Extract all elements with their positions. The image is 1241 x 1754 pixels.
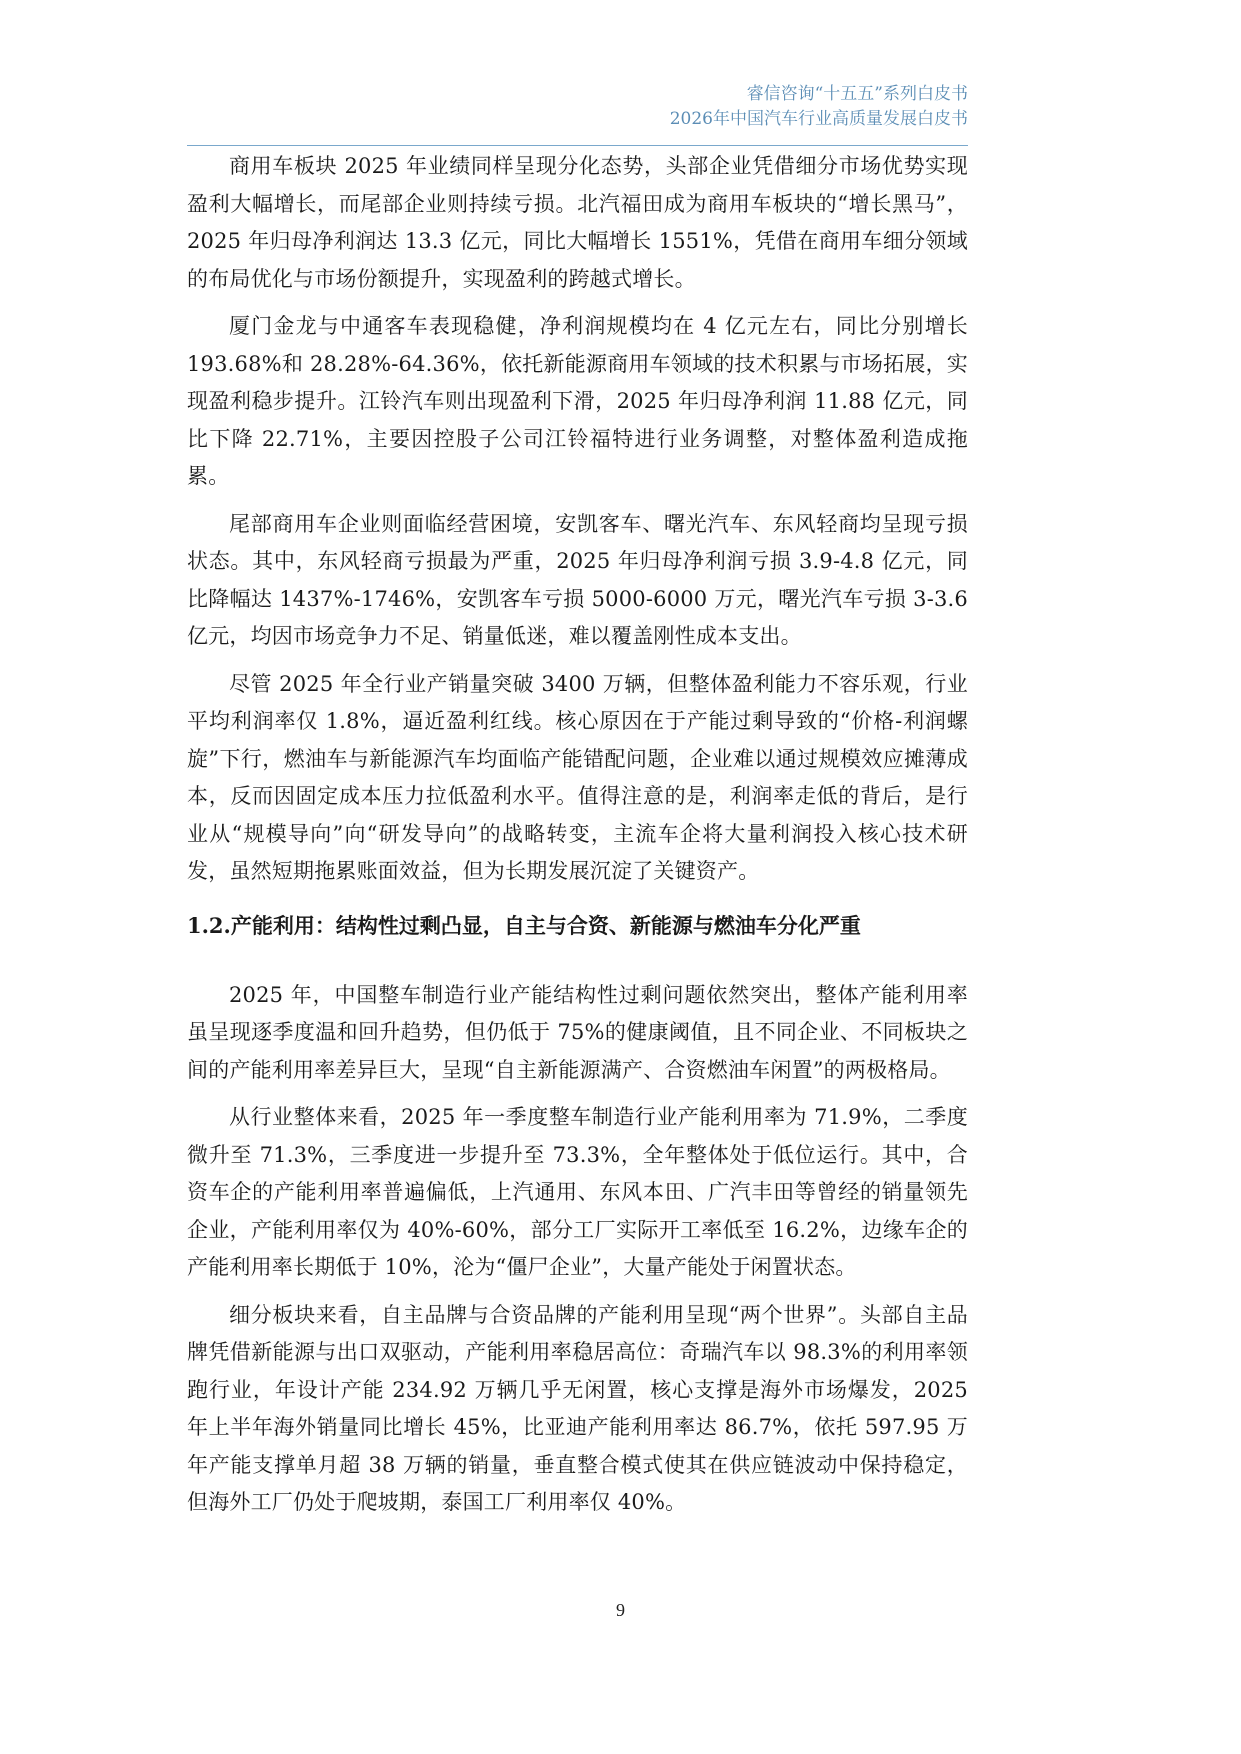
header-document-title: 2026年中国汽车行业高质量发展白皮书: [187, 107, 968, 132]
paragraph-tail-enterprises: 尾部商用车企业则面临经营困境，安凯客车、曙光汽车、东风轻商均呈现亏损状态。其中，…: [187, 506, 968, 656]
page-number: 9: [0, 1600, 1241, 1621]
header-divider: [187, 145, 968, 146]
page-header: 睿信咨询“十五五”系列白皮书 2026年中国汽车行业高质量发展白皮书: [187, 82, 968, 132]
paragraph-quarterly-utilization: 从行业整体来看，2025 年一季度整车制造行业产能利用率为 71.9%，二季度微…: [187, 1099, 968, 1287]
paragraph-capacity-overview: 2025 年，中国整车制造行业产能结构性过剩问题依然突出，整体产能利用率虽呈现逐…: [187, 977, 968, 1090]
page-body: 商用车板块 2025 年业绩同样呈现分化态势，头部企业凭借细分市场优势实现盈利大…: [187, 148, 968, 1532]
paragraph-commercial-vehicles: 商用车板块 2025 年业绩同样呈现分化态势，头部企业凭借细分市场优势实现盈利大…: [187, 148, 968, 298]
paragraph-brand-segments: 细分板块来看，自主品牌与合资品牌的产能利用呈现“两个世界”。头部自主品牌凭借新能…: [187, 1297, 968, 1522]
section-heading: 1.2.产能利用：结构性过剩凸显，自主与合资、新能源与燃油车分化严重: [187, 909, 968, 943]
paragraph-industry-profit: 尽管 2025 年全行业产销量突破 3400 万辆，但整体盈利能力不容乐观，行业…: [187, 666, 968, 891]
paragraph-xiamen-kinglong: 厦门金龙与中通客车表现稳健，净利润规模均在 4 亿元左右，同比分别增长 193.…: [187, 308, 968, 496]
header-series-title: 睿信咨询“十五五”系列白皮书: [187, 82, 968, 107]
